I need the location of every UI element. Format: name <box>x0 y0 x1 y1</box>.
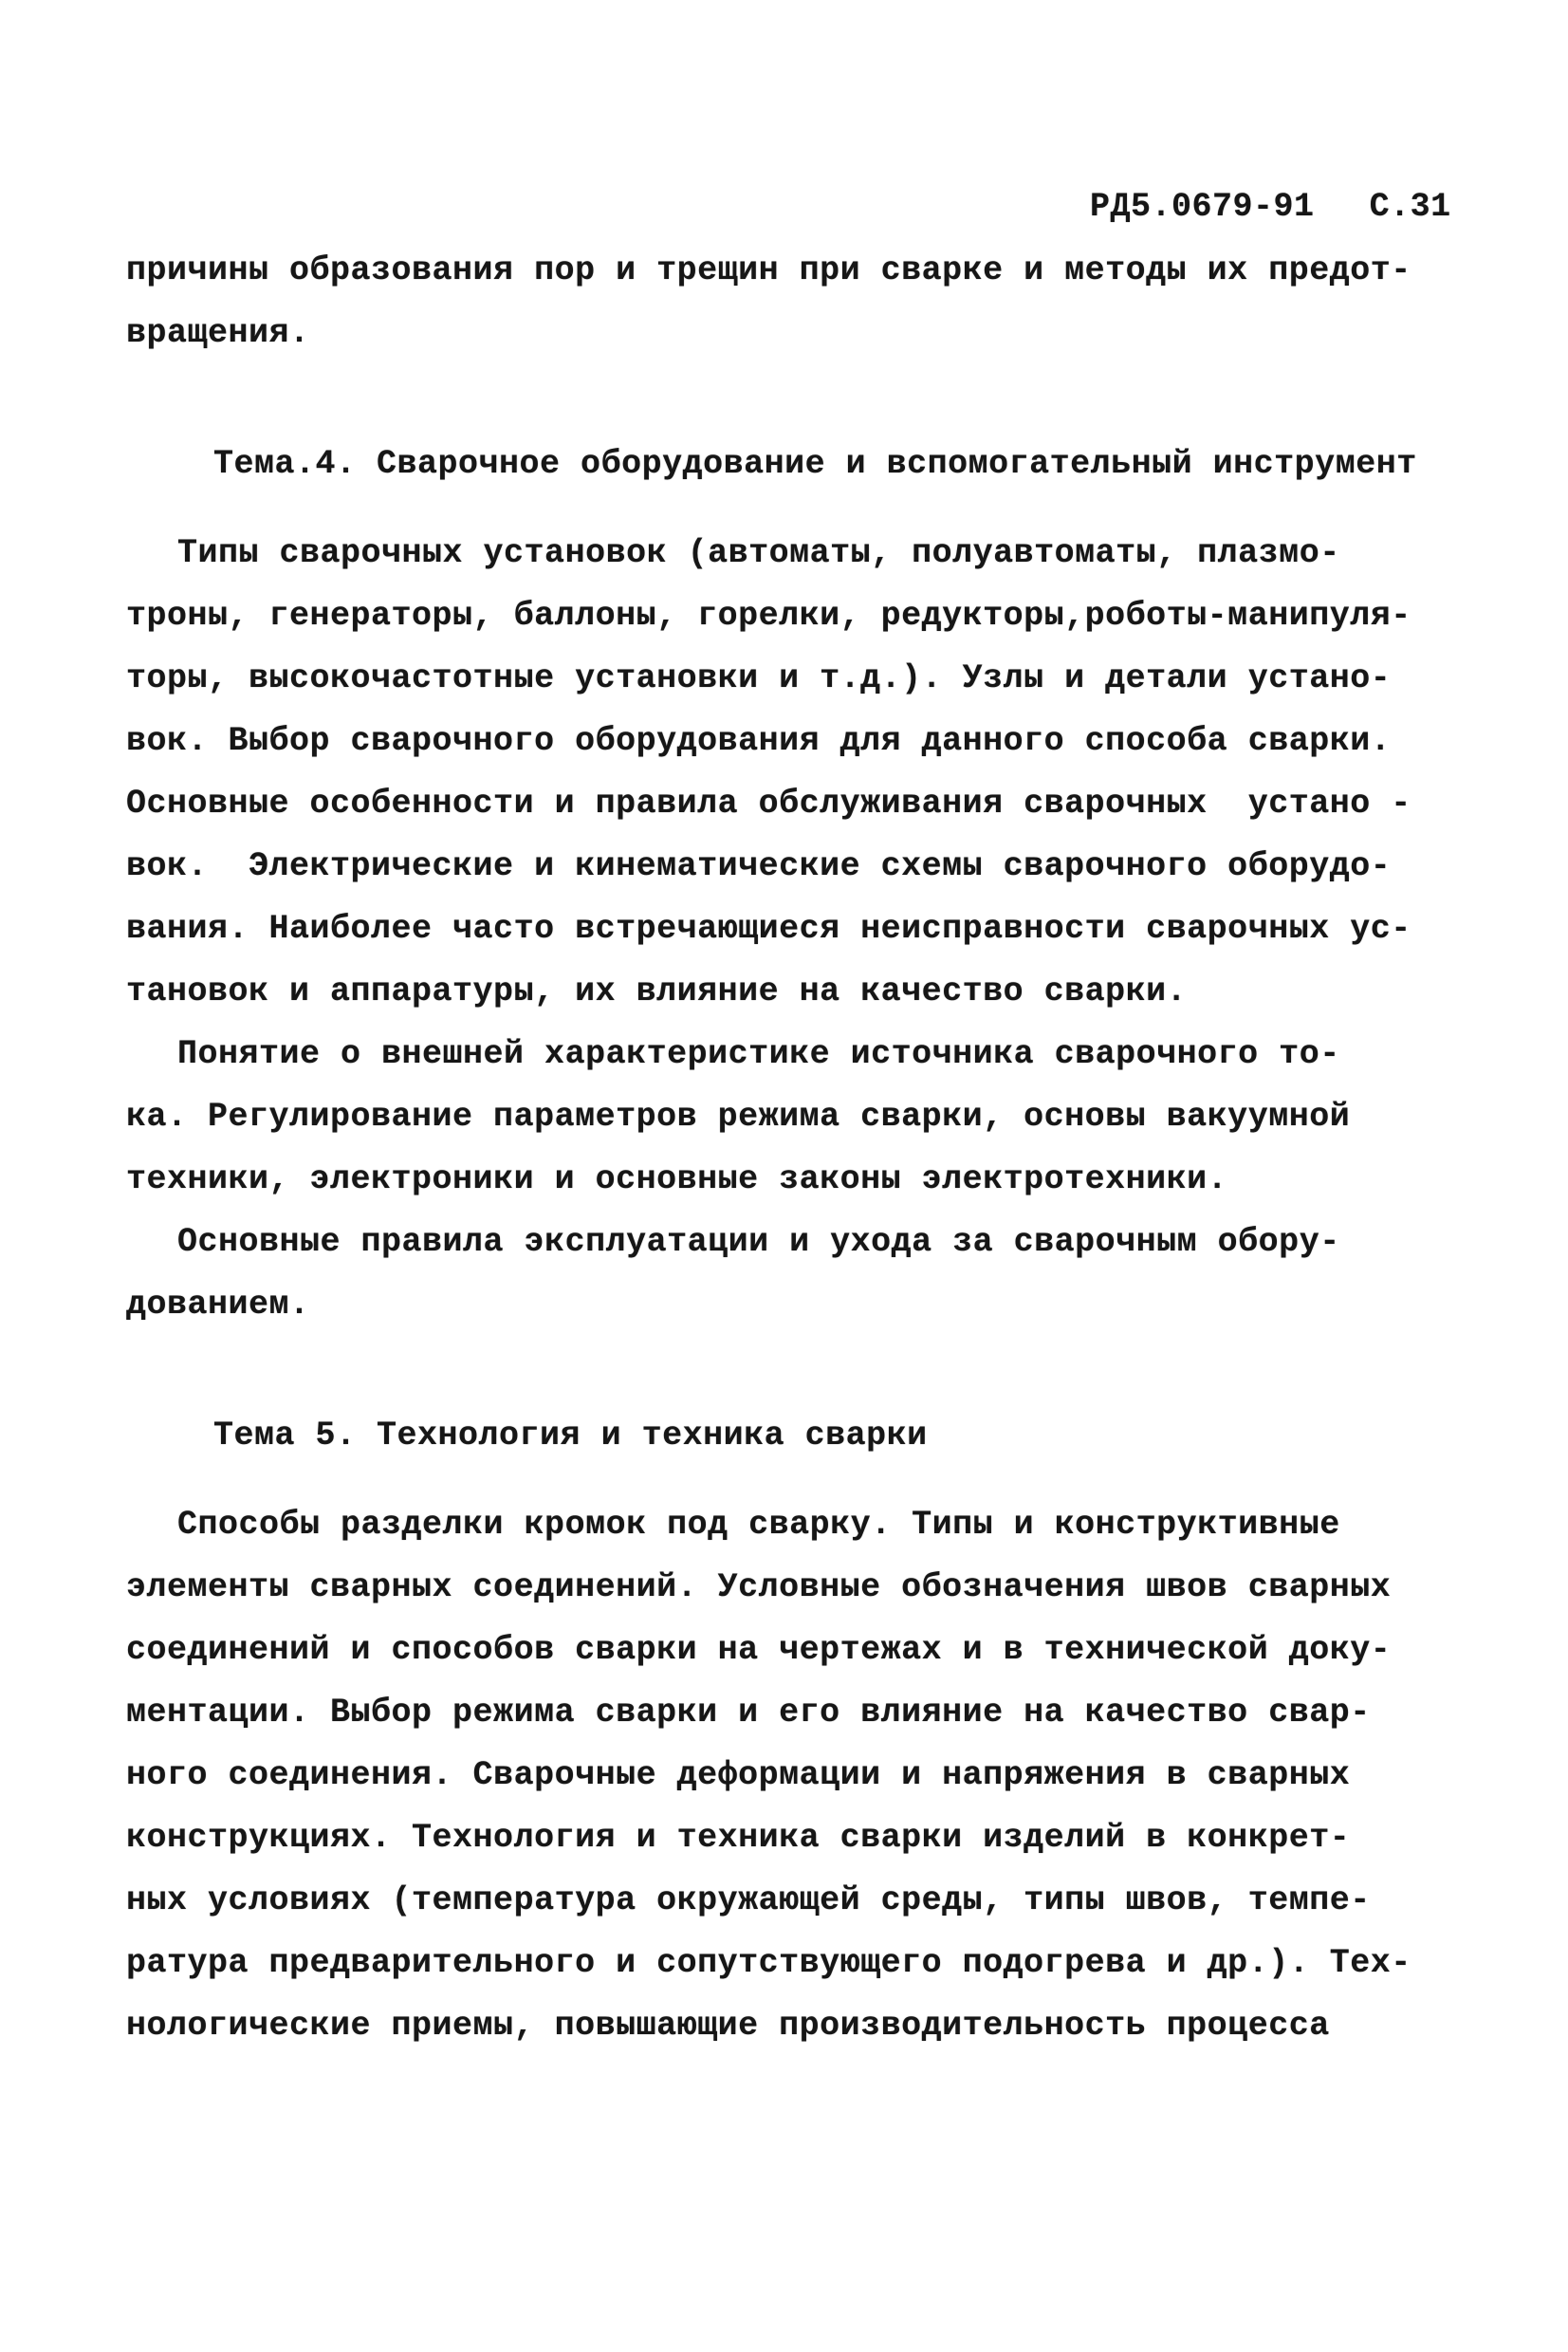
text-line: Тема.4. Сварочное оборудование и вспомог… <box>213 433 1473 495</box>
paragraph: причины образования пор и трещин при сва… <box>126 239 1473 364</box>
text-line: Основные особенности и правила обслужива… <box>126 772 1473 835</box>
text-line: ного соединения. Сварочные деформации и … <box>126 1744 1473 1806</box>
text-line: ных условиях (температура окружающей сре… <box>126 1869 1473 1932</box>
text-line: соединений и способов сварки на чертежах… <box>126 1619 1473 1681</box>
page-number: С.31 <box>1370 188 1451 226</box>
document-code: РД5.0679-91 <box>1090 188 1315 226</box>
text-line: конструкциях. Технология и техника сварк… <box>126 1806 1473 1869</box>
section-heading: Тема.4. Сварочное оборудование и вспомог… <box>213 433 1473 495</box>
document-page: РД5.0679-91С.31 причины образования пор … <box>0 0 1568 2352</box>
text-line: троны, генераторы, баллоны, горелки, ред… <box>126 584 1473 647</box>
text-line: Типы сварочных установок (автоматы, полу… <box>126 522 1473 584</box>
text-line: Тема 5. Технология и техника сварки <box>213 1404 1473 1467</box>
text-line: вания. Наиболее часто встречающиеся неис… <box>126 898 1473 960</box>
paragraph: Типы сварочных установок (автоматы, полу… <box>126 522 1473 1023</box>
text-line: ратура предварительного и сопутствующего… <box>126 1932 1473 1994</box>
text-line: вок. Электрические и кинематические схем… <box>126 835 1473 898</box>
text-line: вок. Выбор сварочного оборудования для д… <box>126 710 1473 772</box>
text-line: техники, электроники и основные законы э… <box>126 1148 1473 1211</box>
section-heading: Тема 5. Технология и техника сварки <box>213 1404 1473 1467</box>
paragraph: Понятие о внешней характеристике источни… <box>126 1023 1473 1211</box>
paragraph: Основные правила эксплуатации и ухода за… <box>126 1211 1473 1336</box>
text-line: ка. Регулирование параметров режима свар… <box>126 1085 1473 1148</box>
text-line: нологические приемы, повышающие производ… <box>126 1994 1473 2057</box>
text-line: торы, высокочастотные установки и т.д.).… <box>126 647 1473 710</box>
text-line: тановок и аппаратуры, их влияние на каче… <box>126 960 1473 1023</box>
text-line: Основные правила эксплуатации и ухода за… <box>126 1211 1473 1273</box>
text-line: вращения. <box>126 302 1473 364</box>
text-line: Понятие о внешней характеристике источни… <box>126 1023 1473 1085</box>
text-line: дованием. <box>126 1273 1473 1336</box>
text-line: элементы сварных соединений. Условные об… <box>126 1556 1473 1619</box>
text-line: ментации. Выбор режима сварки и его влия… <box>126 1681 1473 1744</box>
document-content: причины образования пор и трещин при сва… <box>126 239 1473 2057</box>
paragraph: Способы разделки кромок под сварку. Типы… <box>126 1493 1473 2057</box>
text-line: причины образования пор и трещин при сва… <box>126 239 1473 302</box>
text-line: Способы разделки кромок под сварку. Типы… <box>126 1493 1473 1556</box>
